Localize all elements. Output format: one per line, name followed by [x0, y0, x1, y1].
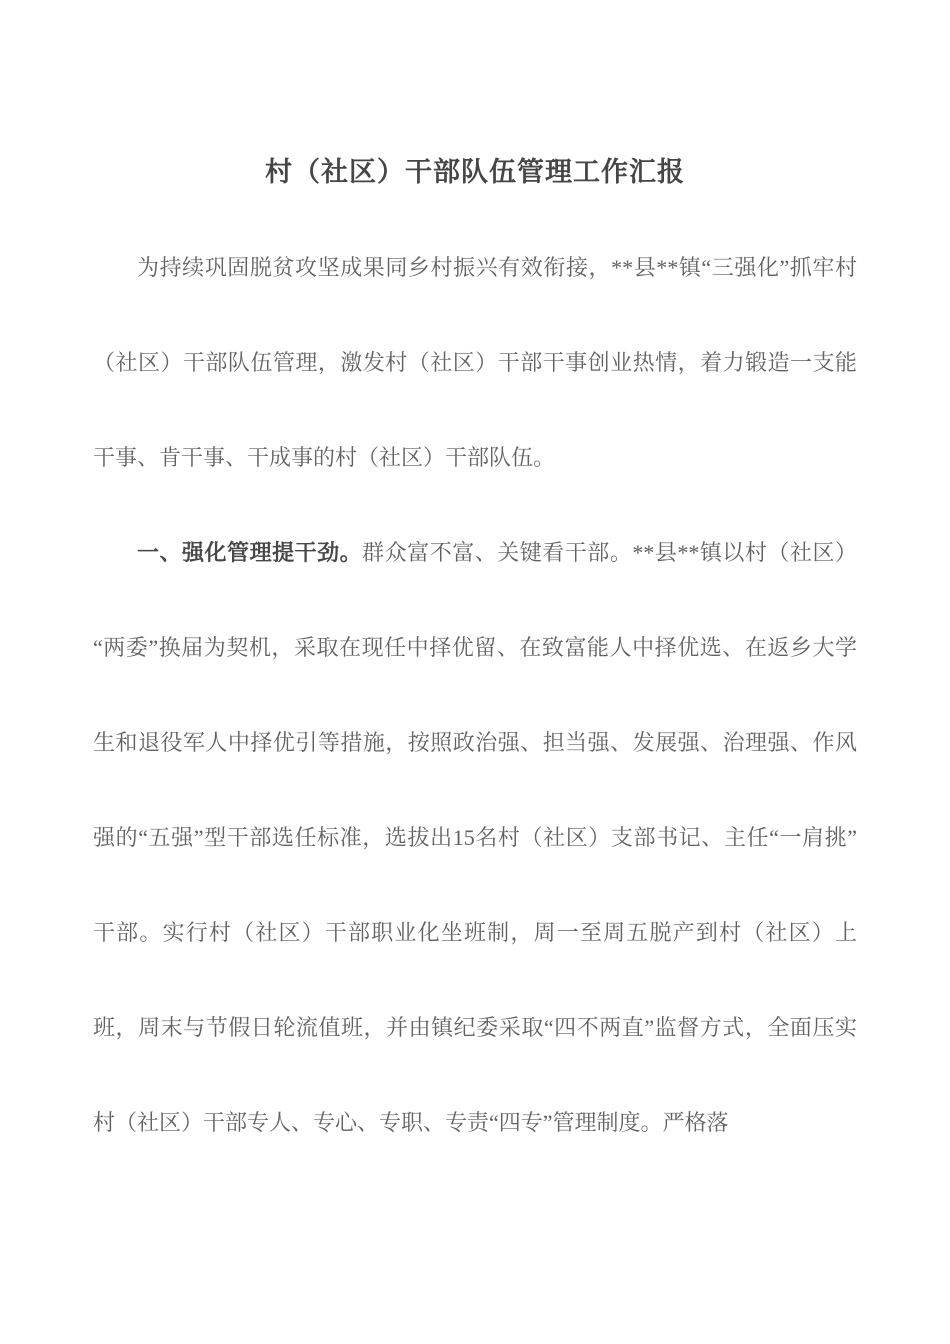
paragraph-intro-text: 为持续巩固脱贫攻坚成果同乡村振兴有效衔接，**县**镇“三强化”抓牢村（社区）干… [93, 255, 857, 470]
document-body: 为持续巩固脱贫攻坚成果同乡村振兴有效衔接，**县**镇“三强化”抓牢村（社区）干… [0, 220, 950, 1170]
paragraph-intro: 为持续巩固脱贫攻坚成果同乡村振兴有效衔接，**县**镇“三强化”抓牢村（社区）干… [93, 220, 857, 505]
section-1-text: 群众富不富、关键看干部。**县**镇以村（社区）“两委”换届为契机，采取在现任中… [93, 540, 857, 1135]
document-page: 村（社区）干部队伍管理工作汇报 为持续巩固脱贫攻坚成果同乡村振兴有效衔接，**县… [0, 0, 950, 1344]
paragraph-section-1: 一、强化管理提干劲。群众富不富、关键看干部。**县**镇以村（社区）“两委”换届… [93, 505, 857, 1170]
section-1-heading: 一、强化管理提干劲。 [137, 540, 362, 565]
document-title: 村（社区）干部队伍管理工作汇报 [0, 0, 950, 192]
